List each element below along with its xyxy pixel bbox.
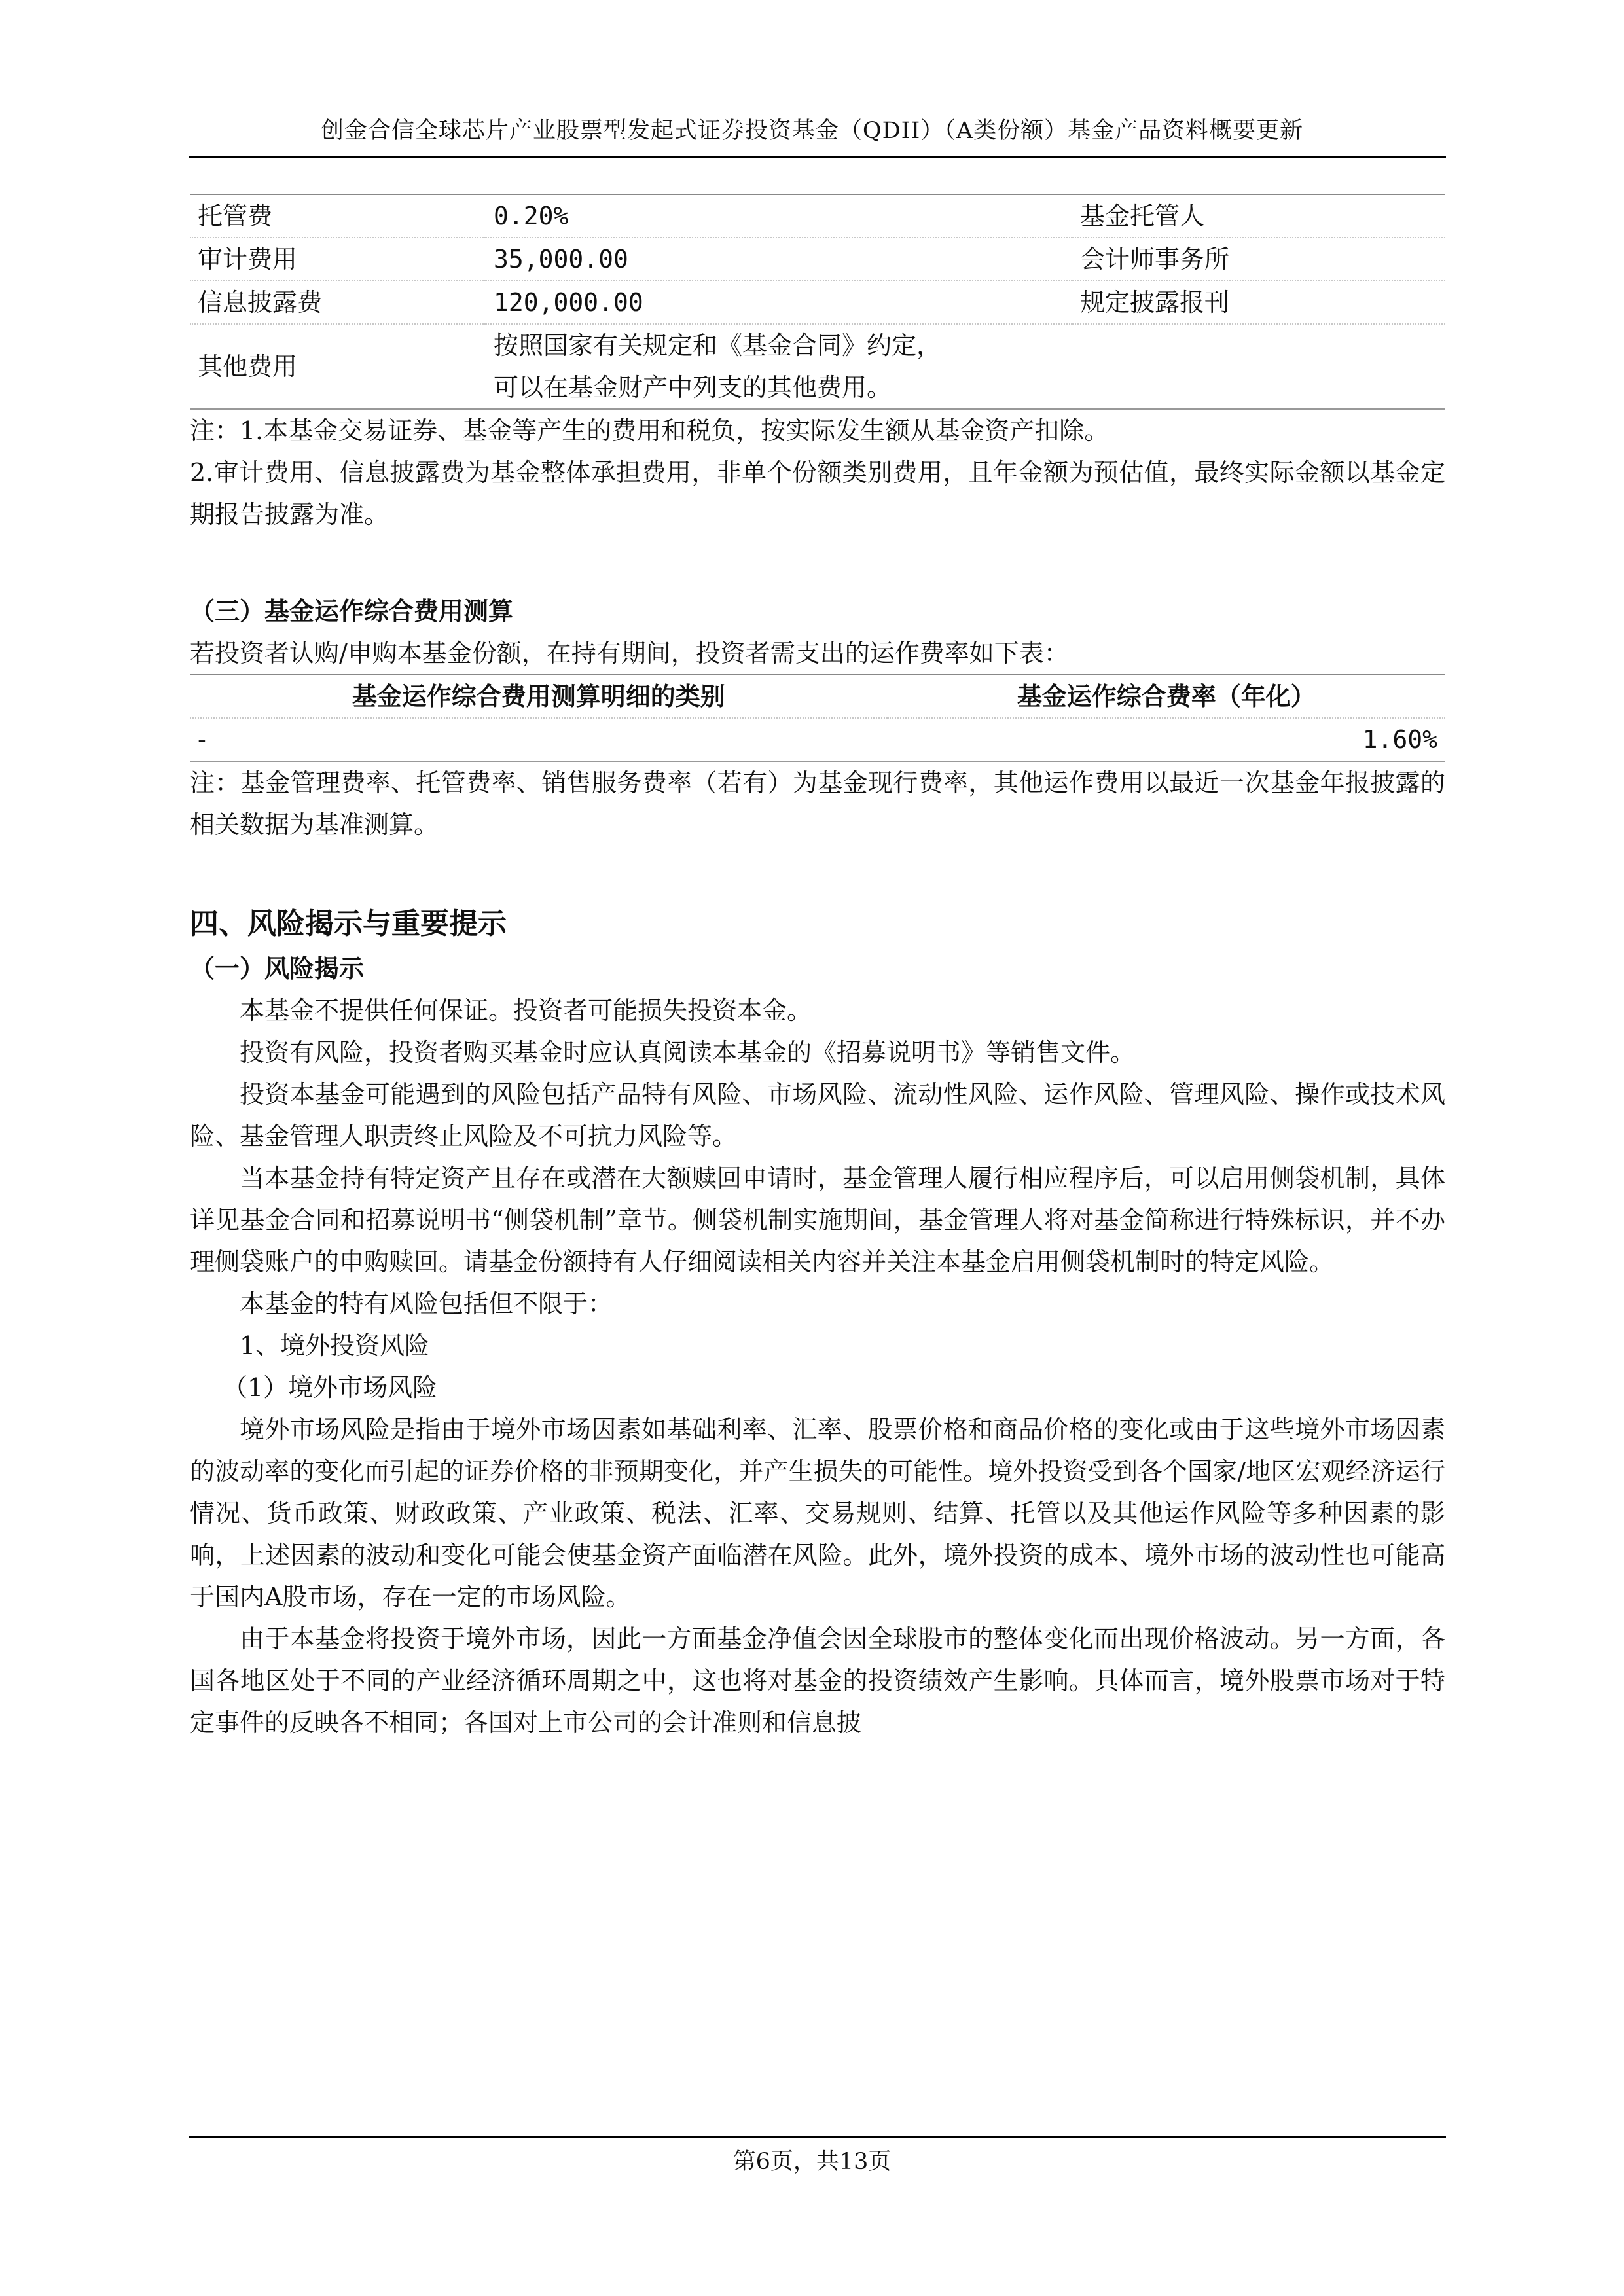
header-divider xyxy=(189,156,1446,158)
risk-disclosure-heading: （一）风险揭示 xyxy=(190,948,1445,990)
section3-heading: （三）基金运作综合费用测算 xyxy=(190,590,1445,632)
fee-item: 其他费用 xyxy=(190,324,486,409)
table-row: 其他费用 按照国家有关规定和《基金合同》约定， 可以在基金财产中列支的其他费用。 xyxy=(190,324,1445,409)
fee-amount: 120,000.00 xyxy=(486,281,1072,324)
fee-payee: 会计师事务所 xyxy=(1072,238,1445,281)
overseas-risk-heading: 1、境外投资风险 xyxy=(190,1325,1445,1367)
fee-payee: 规定披露报刊 xyxy=(1072,281,1445,324)
risk-paragraph: 本基金不提供任何保证。投资者可能损失投资本金。 xyxy=(190,990,1445,1031)
risk-paragraph: 投资有风险，投资者购买基金时应认真阅读本基金的《招募说明书》等销售文件。 xyxy=(190,1031,1445,1073)
column-header-rate: 基金运作综合费率（年化） xyxy=(888,675,1445,718)
overseas-market-risk-heading: （1）境外市场风险 xyxy=(190,1367,1445,1408)
spacer xyxy=(190,846,1445,901)
fee-amount-line1: 按照国家有关规定和《基金合同》约定， xyxy=(494,325,1072,367)
page-number: 第6页，共13页 xyxy=(0,2144,1624,2176)
fee-payee xyxy=(1072,324,1445,409)
fee-item: 信息披露费 xyxy=(190,281,486,324)
table-row: 审计费用 35,000.00 会计师事务所 xyxy=(190,238,1445,281)
cost-rate: 1.60% xyxy=(888,718,1445,761)
cost-category: - xyxy=(190,718,888,761)
table-row: 托管费 0.20% 基金托管人 xyxy=(190,194,1445,238)
fee-table: 托管费 0.20% 基金托管人 审计费用 35,000.00 会计师事务所 信息… xyxy=(190,194,1445,410)
page-content: 托管费 0.20% 基金托管人 审计费用 35,000.00 会计师事务所 信息… xyxy=(190,194,1445,1744)
section3-intro: 若投资者认购/申购本基金份额，在持有期间，投资者需支出的运作费率如下表： xyxy=(190,632,1445,674)
overseas-market-risk-paragraph: 由于本基金将投资于境外市场，因此一方面基金净值会因全球股市的整体变化而出现价格波… xyxy=(190,1618,1445,1744)
table-row: - 1.60% xyxy=(190,718,1445,761)
risk-paragraph: 当本基金持有特定资产且存在或潜在大额赎回申请时，基金管理人履行相应程序后，可以启… xyxy=(190,1157,1445,1283)
section3-note: 注：基金管理费率、托管费率、销售服务费率（若有）为基金现行费率，其他运作费用以最… xyxy=(190,762,1445,846)
table-header-row: 基金运作综合费用测算明细的类别 基金运作综合费率（年化） xyxy=(190,675,1445,718)
risk-paragraph: 本基金的特有风险包括但不限于： xyxy=(190,1283,1445,1325)
section4-heading: 四、风险揭示与重要提示 xyxy=(190,901,1445,948)
spacer xyxy=(190,535,1445,590)
fee-item: 审计费用 xyxy=(190,238,486,281)
column-header-category: 基金运作综合费用测算明细的类别 xyxy=(190,675,888,718)
fee-note-1: 注：1.本基金交易证券、基金等产生的费用和税负，按实际发生额从基金资产扣除。 xyxy=(190,410,1445,452)
fee-amount: 0.20% xyxy=(486,194,1072,238)
document-header-title: 创金合信全球芯片产业股票型发起式证券投资基金（QDII）（A类份额）基金产品资料… xyxy=(0,113,1624,145)
fee-payee: 基金托管人 xyxy=(1072,194,1445,238)
fee-amount: 按照国家有关规定和《基金合同》约定， 可以在基金财产中列支的其他费用。 xyxy=(486,324,1072,409)
footer-divider xyxy=(189,2136,1446,2138)
fee-amount: 35,000.00 xyxy=(486,238,1072,281)
risk-paragraph: 投资本基金可能遇到的风险包括产品特有风险、市场风险、流动性风险、运作风险、管理风… xyxy=(190,1073,1445,1157)
fee-amount-line2: 可以在基金财产中列支的其他费用。 xyxy=(494,367,1072,408)
table-row: 信息披露费 120,000.00 规定披露报刊 xyxy=(190,281,1445,324)
operating-cost-table: 基金运作综合费用测算明细的类别 基金运作综合费率（年化） - 1.60% xyxy=(190,674,1445,762)
fee-item: 托管费 xyxy=(190,194,486,238)
fee-note-2: 2.审计费用、信息披露费为基金整体承担费用，非单个份额类别费用，且年金额为预估值… xyxy=(190,452,1445,535)
overseas-market-risk-paragraph: 境外市场风险是指由于境外市场因素如基础利率、汇率、股票价格和商品价格的变化或由于… xyxy=(190,1408,1445,1618)
